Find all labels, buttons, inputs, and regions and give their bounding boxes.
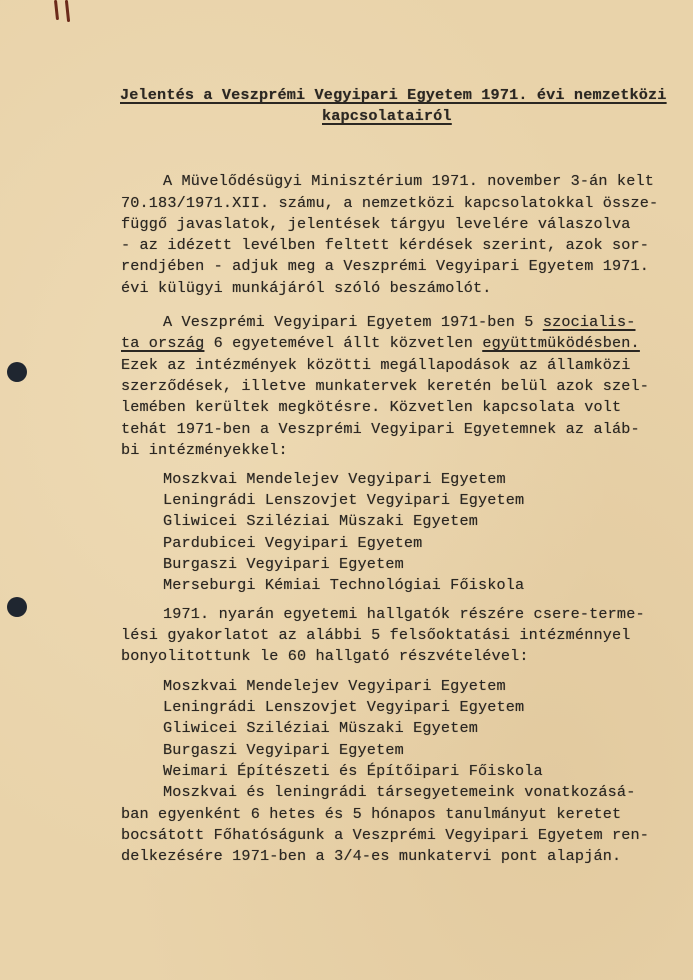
underlined-text: ta ország [121,334,204,352]
paragraph-line: A Veszprémi Vegyipari Egyetem 1971-ben 5… [163,313,635,331]
paragraph-line: bocsátott Főhatóságunk a Veszprémi Vegyi… [121,826,649,844]
list-item: Gliwicei Sziléziai Müszaki Egyetem [163,719,478,737]
underlined-text: együttmüködésben. [482,334,640,352]
punch-hole [7,362,27,382]
document-title: Jelentés a Veszprémi Vegyipari Egyetem 1… [120,86,667,104]
document-title-line2: kapcsolatairól [322,107,452,125]
list-item: Leningrádi Lenszovjet Vegyipari Egyetem [163,491,524,509]
paragraph-line: A Müvelődésügyi Minisztérium 1971. novem… [163,172,654,190]
text: 6 egyetemével állt közvetlen [204,334,482,352]
paragraph-line: Moszkvai és leningrádi társegyetemeink v… [163,783,635,801]
paragraph-line: 70.183/1971.XII. számu, a nemzetközi kap… [121,194,658,212]
list-item: Moszkvai Mendelejev Vegyipari Egyetem [163,470,506,488]
paragraph-line: ban egyenként 6 hetes és 5 hónapos tanul… [121,805,621,823]
paragraph-line: lemében kerültek megkötésre. Közvetlen k… [121,398,621,416]
list-item: Gliwicei Sziléziai Müszaki Egyetem [163,512,478,530]
paragraph-line: szerződések, illetve munkatervek keretén… [121,377,649,395]
ink-mark [54,0,59,20]
document-page: Jelentés a Veszprémi Vegyipari Egyetem 1… [0,0,693,980]
paragraph-line: delkezésére 1971-ben a 3/4-es munkatervi… [121,847,621,865]
list-item: Burgaszi Vegyipari Egyetem [163,741,404,759]
list-item: Leningrádi Lenszovjet Vegyipari Egyetem [163,698,524,716]
paragraph-line: rendjében - adjuk meg a Veszprémi Vegyip… [121,257,649,275]
punch-hole [7,597,27,617]
underlined-text: szocialis- [543,313,636,331]
list-item: Weimari Építészeti és Építőipari Főiskol… [163,762,543,780]
paragraph-line: függő javaslatok, jelentések tárgyu leve… [121,215,631,233]
list-item: Pardubicei Vegyipari Egyetem [163,534,422,552]
paragraph-line: ta ország 6 egyetemével állt közvetlen e… [121,334,640,352]
list-item: Moszkvai Mendelejev Vegyipari Egyetem [163,677,506,695]
paragraph-line: lési gyakorlatot az alábbi 5 felsőoktatá… [121,626,631,644]
ink-mark [65,0,70,22]
list-item: Burgaszi Vegyipari Egyetem [163,555,404,573]
paragraph-line: tehát 1971-ben a Veszprémi Vegyipari Egy… [121,420,640,438]
paragraph-line: 1971. nyarán egyetemi hallgatók részére … [163,605,645,623]
text: A Veszprémi Vegyipari Egyetem 1971-ben 5 [163,313,543,331]
paragraph-line: - az idézett levélben feltett kérdések s… [121,236,649,254]
paragraph-line: Ezek az intézmények közötti megállapodás… [121,356,631,374]
paragraph-line: bi intézményekkel: [121,441,288,459]
paragraph-line: bonyolitottunk le 60 hallgató részvételé… [121,647,529,665]
list-item: Merseburgi Kémiai Technológiai Főiskola [163,576,524,594]
paragraph-line: évi külügyi munkájáról szóló beszámolót. [121,279,492,297]
